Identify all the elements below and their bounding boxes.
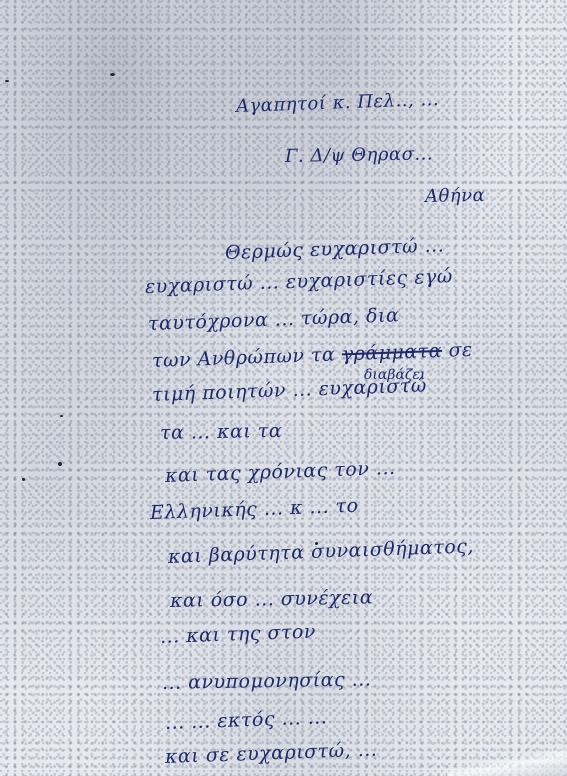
heading-line-1: Αγαπητοί κ. Πελ.., ... [236, 89, 440, 117]
heading-line-2: Γ. Δ/ψ Θηρασ... [285, 143, 433, 167]
body-line-10: και όσο ... συνέχεια [170, 586, 373, 612]
body-line-13: ... ... εκτός ... ... [165, 706, 328, 734]
body-line-2: ευχαριστώ ... ευχαριστίες εγώ [145, 265, 454, 298]
body-line-11: ... και της στον [160, 621, 317, 648]
body-line-1: Θερμώς ευχαριστώ ... [225, 234, 445, 264]
body-line-6: τα ... και τα [160, 420, 283, 444]
body-line-7: και τας χρόνιας τον ... [165, 457, 396, 487]
paper-speck [60, 415, 63, 417]
paper-fold-corner [447, 746, 567, 776]
heading-line-3: Αθήνα [425, 185, 486, 207]
body-line-9: και βαρύτητα συναισθήματος, [168, 535, 475, 568]
paper-speck [110, 73, 115, 76]
body-line-14: και σε ευχαριστώ, ... [165, 739, 378, 768]
body-line-12: ... ανυπομονησίας ... [162, 668, 372, 694]
paper-speck [5, 80, 9, 82]
body-line-3: ταυτόχρονα ... τώρα, δια [148, 304, 400, 335]
letter-page: Αγαπητοί κ. Πελ.., ... Γ. Δ/ψ Θηρασ... Α… [0, 0, 567, 776]
body-line-5: τιμή ποιητών ... ευχαριστώ [152, 374, 428, 406]
paper-speck [22, 478, 25, 481]
body-line-8: Ελληνικής ... κ ... το [150, 495, 359, 524]
paper-speck [58, 462, 62, 466]
